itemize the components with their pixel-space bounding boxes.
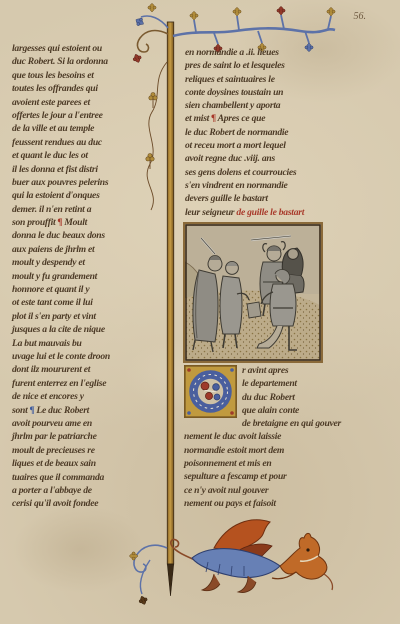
text-line: moult de precieuses re — [12, 444, 138, 457]
text-segment: en normandie a .ii. lieues — [185, 47, 279, 58]
text-line: ce n'y avoit nul gouver — [184, 484, 334, 497]
text-line: de nice et encores y — [12, 390, 138, 403]
text-line: poisonnement et mis en — [184, 457, 334, 470]
text-line: avoient este parees et — [12, 96, 138, 109]
text-line: aux paiens de jhrlm et — [12, 243, 138, 256]
text-segment: feussent rendues au duc — [12, 137, 102, 148]
text-segment: conte doysines toustain un — [185, 87, 283, 98]
text-line: jhrlm par le patriarche — [12, 430, 138, 443]
text-segment: poisonnement et mis en — [184, 458, 272, 469]
text-line: buer aux pouvres pelerins — [12, 176, 138, 189]
folio-number: 56. — [354, 11, 367, 22]
text-line: furent enterrez en l'eglise — [12, 377, 138, 390]
text-line: sien chambellent y aporta — [185, 99, 333, 112]
right-text-column-bottom: r avint apresle departementdu duc Robert… — [184, 364, 334, 510]
text-line: liques et de beaux sain — [12, 457, 138, 470]
text-line: nement le duc avoit laissie — [184, 430, 334, 443]
text-line: donna le duc beaux dons — [12, 229, 138, 242]
text-line: demer. il n'en retint a — [12, 203, 138, 216]
text-line: cerisi qu'il avoit fondee — [12, 497, 138, 510]
text-segment: nement le duc avoit laissie — [184, 431, 281, 442]
text-line: La but mauvais bu — [12, 337, 138, 350]
illuminated-initial-O — [184, 365, 237, 418]
text-segment: jhrlm par le patriarche — [12, 431, 97, 442]
text-line: il les donna et fist distri — [12, 163, 138, 176]
text-line: pres de saint lo et lesqueles — [185, 59, 333, 72]
text-segment: offertes le jour a l'entree — [12, 110, 103, 121]
text-segment: de nice et encores y — [12, 391, 84, 402]
text-segment: devers guille le bastart — [185, 193, 268, 204]
text-segment: uvage lui et le conte droon — [12, 351, 110, 362]
text-segment: avoit pourveu ame en — [12, 418, 92, 429]
text-segment: moult y fu grandement — [12, 271, 97, 282]
text-segment: moult y despendy et — [12, 257, 85, 268]
text-segment: demer. il n'en retint a — [12, 204, 91, 215]
text-line: moult y despendy et — [12, 256, 138, 269]
text-segment: reliques et saintuaires le — [185, 74, 275, 85]
text-line: duc Robert. Si la ordonna — [12, 55, 138, 68]
text-segment: cerisi qu'il avoit fondee — [12, 498, 98, 509]
text-segment: jusques a la cite de nique — [12, 324, 105, 335]
text-line: et mist ¶ Apres ce que — [185, 112, 333, 125]
text-segment: ses gens dolens et courroucies — [185, 167, 296, 178]
text-line: s'en vindrent en normandie — [185, 179, 333, 192]
text-segment: ot este tant come il lui — [12, 297, 93, 308]
center-bar-ornament — [167, 22, 173, 596]
text-segment: La but mauvais bu — [12, 338, 82, 349]
text-line: toutes les offrandes qui — [12, 82, 138, 95]
text-line: ot receu mort a mort lequel — [185, 139, 333, 152]
text-segment: buer aux pouvres pelerins — [12, 177, 108, 188]
text-segment: ot receu mort a mort lequel — [185, 140, 286, 151]
text-segment: le duc Robert de normandie — [185, 127, 288, 138]
text-segment: Moult — [62, 217, 87, 228]
text-segment: toutes les offrandes qui — [12, 83, 98, 94]
text-segment: Apres ce que — [216, 113, 265, 124]
text-segment: que tous les besoins et — [12, 70, 94, 81]
bottom-left-curl-ornament — [129, 545, 167, 606]
text-line: et quant le duc les ot — [12, 149, 138, 162]
text-line: largesses qui estoient ou — [12, 42, 138, 55]
text-line: moult y fu grandement — [12, 270, 138, 283]
text-line: reliques et saintuaires le — [185, 73, 333, 86]
text-segment: moult de precieuses re — [12, 445, 95, 456]
text-segment: largesses qui estoient ou — [12, 43, 102, 54]
text-segment: avoit regne duc .viij. ans — [185, 153, 275, 164]
text-segment: et mist — [185, 113, 211, 124]
text-line: conte doysines toustain un — [185, 86, 333, 99]
dragon-grotesque — [171, 520, 333, 593]
text-segment: leur seigneur — [185, 207, 236, 218]
text-line: en normandie a .ii. lieues — [185, 46, 333, 59]
miniature-battle-scene — [185, 224, 321, 361]
text-line: honnore et quant il y — [12, 283, 138, 296]
text-line: feussent rendues au duc — [12, 136, 138, 149]
text-segment: sont — [12, 405, 30, 416]
text-line: ot este tant come il lui — [12, 296, 138, 309]
text-line: sepulture a fescamp et pour — [184, 470, 334, 483]
text-segment: son prouffit — [12, 217, 58, 228]
text-segment: nement ou pays et faisoit — [184, 498, 276, 509]
rubric-text: de guille le bastart — [236, 207, 304, 218]
left-vine-ornament — [146, 62, 167, 210]
text-segment: pres de saint lo et lesqueles — [185, 60, 285, 71]
text-segment: duc Robert. Si la ordonna — [12, 56, 108, 67]
text-line: offertes le jour a l'entree — [12, 109, 138, 122]
text-line: son prouffit ¶ Moult — [12, 216, 138, 229]
text-segment: plot il s'en party et vint — [12, 311, 96, 322]
text-segment: donna le duc beaux dons — [12, 230, 105, 241]
text-line: de la ville et au temple — [12, 122, 138, 135]
text-line: avoit regne duc .viij. ans — [185, 152, 333, 165]
text-segment: s'en vindrent en normandie — [185, 180, 288, 191]
text-line: leur seigneur de guille le bastart — [185, 206, 333, 219]
text-line: jusques a la cite de nique — [12, 323, 138, 336]
text-line: le duc Robert de normandie — [185, 126, 333, 139]
text-segment: le departement — [242, 378, 297, 389]
text-segment: avoient este parees et — [12, 97, 90, 108]
text-line: ses gens dolens et courroucies — [185, 166, 333, 179]
text-segment: normandie estoit mort dem — [184, 445, 284, 456]
text-line: que tous les besoins et — [12, 69, 138, 82]
text-segment: de bretaigne en qui gouver — [242, 418, 341, 429]
text-segment: aux paiens de jhrlm et — [12, 244, 94, 255]
right-text-column-top: en normandie a .ii. lieuespres de saint … — [185, 46, 333, 219]
text-line: normandie estoit mort dem — [184, 444, 334, 457]
text-line: sont ¶ Le duc Robert — [12, 404, 138, 417]
text-segment: qui la estoient d'onques — [12, 190, 100, 201]
text-segment: dont ilz moururent et — [12, 364, 90, 375]
miniature-frame — [183, 222, 323, 363]
text-line: avoit pourveu ame en — [12, 417, 138, 430]
text-segment: il les donna et fist distri — [12, 164, 98, 175]
text-segment: a porter a l'abbaye de — [12, 485, 92, 496]
text-segment: du duc Robert — [242, 392, 295, 403]
text-line: dont ilz moururent et — [12, 363, 138, 376]
text-segment: sepulture a fescamp et pour — [184, 471, 287, 482]
text-line: devers guille le bastart — [185, 192, 333, 205]
left-text-column: largesses qui estoient ouduc Robert. Si … — [12, 42, 138, 511]
text-segment: furent enterrez en l'eglise — [12, 378, 106, 389]
text-line: tuaires que il commanda — [12, 471, 138, 484]
text-line: plot il s'en party et vint — [12, 310, 138, 323]
text-segment: que alain conte — [242, 405, 299, 416]
text-segment: Le duc Robert — [34, 405, 89, 416]
text-segment: ce n'y avoit nul gouver — [184, 485, 268, 496]
text-segment: de la ville et au temple — [12, 123, 94, 134]
text-segment: honnore et quant il y — [12, 284, 89, 295]
text-segment: et quant le duc les ot — [12, 150, 88, 161]
text-segment: liques et de beaux sain — [12, 458, 96, 469]
text-line: qui la estoient d'onques — [12, 189, 138, 202]
text-segment: tuaires que il commanda — [12, 472, 104, 483]
text-line: a porter a l'abbaye de — [12, 484, 138, 497]
manuscript-page: 56. — [0, 0, 400, 624]
text-line: de bretaigne en qui gouver — [184, 417, 334, 430]
text-line: uvage lui et le conte droon — [12, 350, 138, 363]
text-segment: sien chambellent y aporta — [185, 100, 280, 111]
text-segment: r avint apres — [242, 365, 288, 376]
text-line: nement ou pays et faisoit — [184, 497, 334, 510]
